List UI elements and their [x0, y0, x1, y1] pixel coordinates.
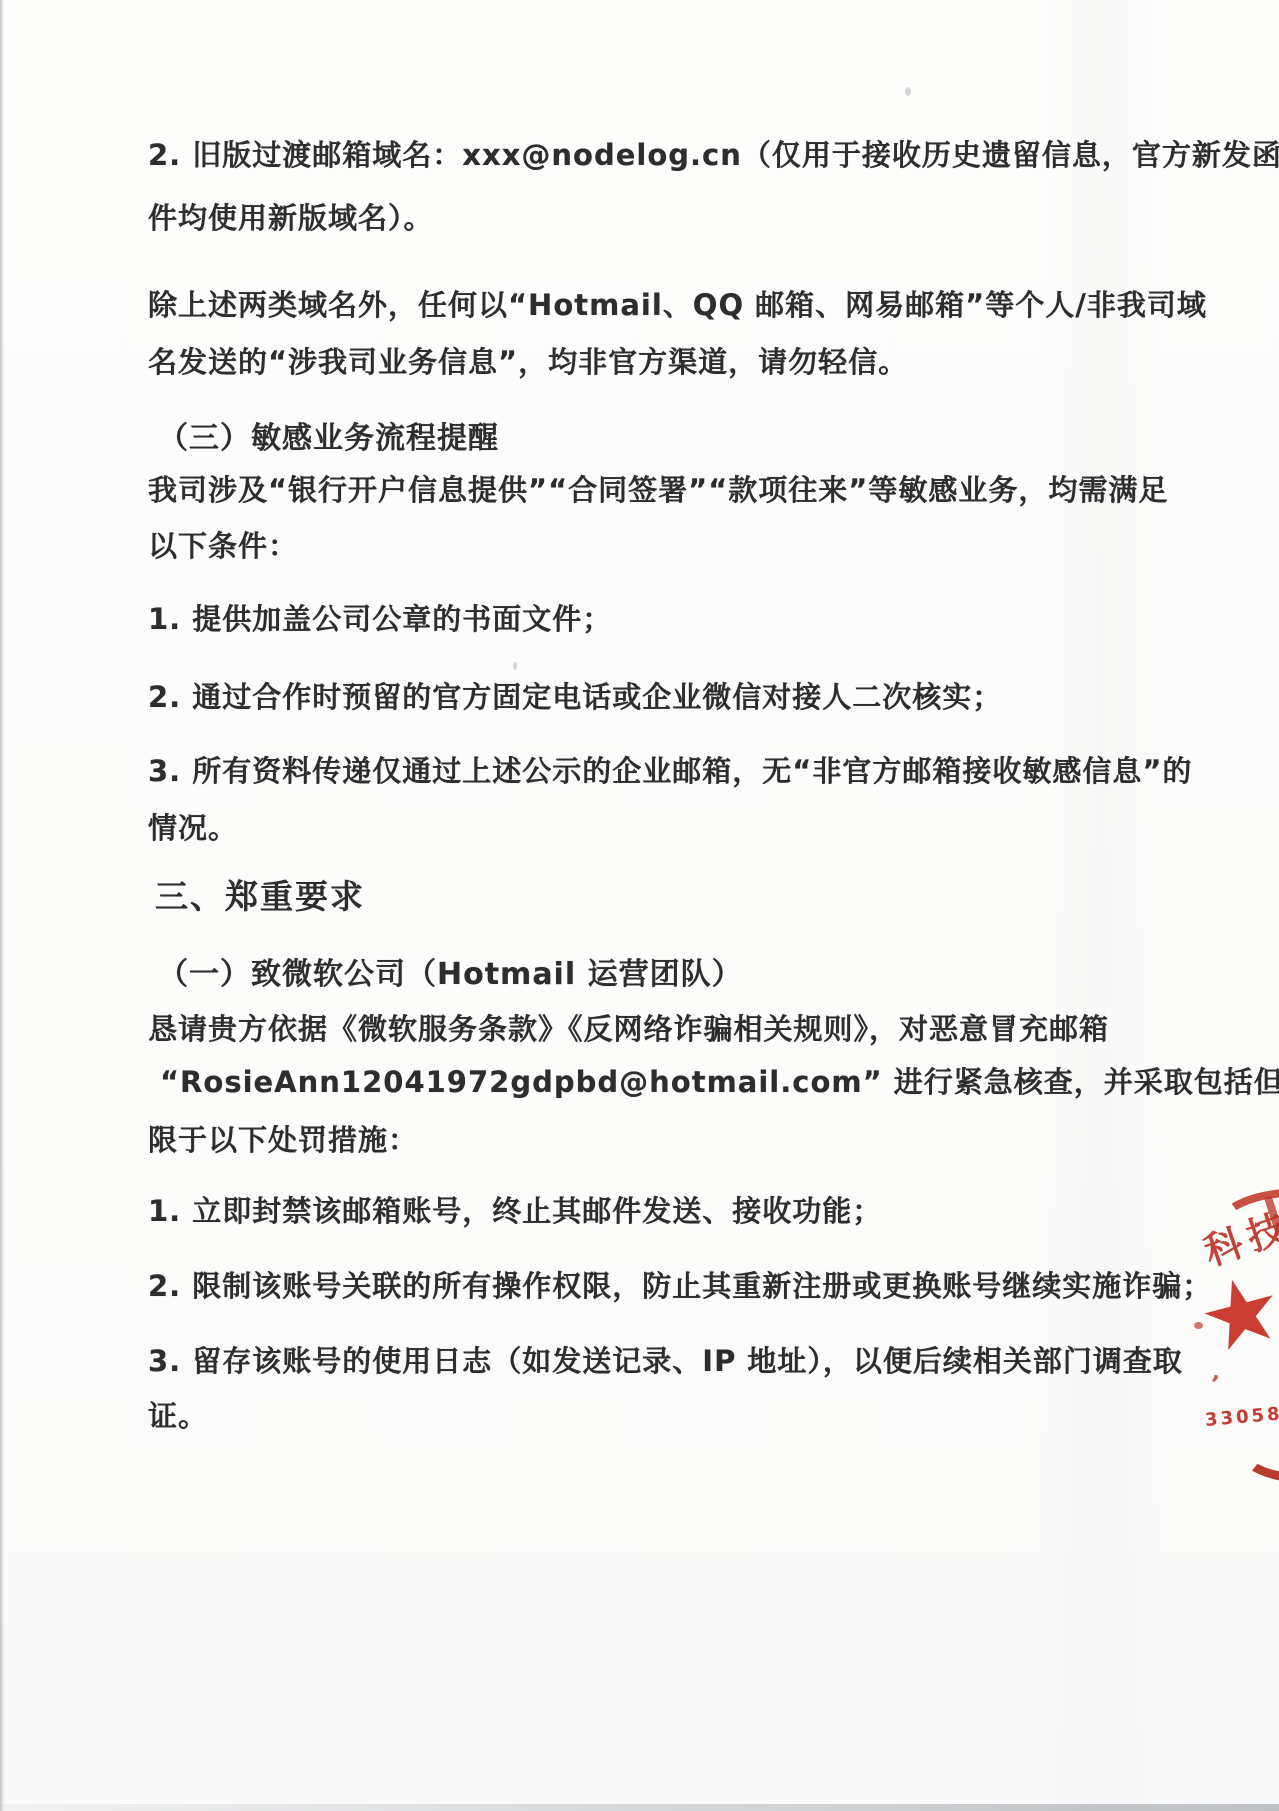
doc-list-item: 3. 留存该账号的使用日志（如发送记录、IP 地址），以便后续相关部门调查取 [148, 1339, 1183, 1380]
doc-line: 2. 旧版过渡邮箱域名：xxx@nodelog.cn（仅用于接收历史遗留信息，官… [148, 133, 1279, 174]
doc-line-email: “RosieAnn12041972gdpbd@hotmail.com” 进行紧急… [160, 1060, 1279, 1101]
scan-noise [905, 87, 911, 96]
doc-list-item: 2. 限制该账号关联的所有操作权限，防止其重新注册或更换账号继续实施诈骗； [148, 1264, 1212, 1305]
doc-line: 限于以下处罚措施： [148, 1118, 418, 1159]
scan-band [1040, 0, 1160, 1811]
stamp-tick-mark: ’ [1207, 1371, 1220, 1397]
section-heading: （三）敏感业务流程提醒 [158, 413, 499, 457]
doc-list-item: 1. 提供加盖公司公章的书面文件； [148, 597, 612, 638]
stamp-arc-bottom [1222, 1368, 1279, 1493]
doc-line: 件均使用新版域名）。 [148, 196, 434, 237]
doc-line: 证。 [148, 1394, 208, 1435]
doc-line: 以下条件： [148, 524, 298, 565]
scanned-document-page: 2. 旧版过渡邮箱域名：xxx@nodelog.cn（仅用于接收历史遗留信息，官… [0, 0, 1279, 1811]
doc-line: 除上述两类域名外，任何以“Hotmail、QQ 邮箱、网易邮箱”等个人/非我司域 [148, 283, 1207, 324]
doc-line: 情况。 [148, 806, 238, 847]
doc-list-item: 1. 立即封禁该邮箱账号，终止其邮件发送、接收功能； [148, 1189, 882, 1230]
doc-list-item: 2. 通过合作时预留的官方固定电话或企业微信对接人二次核实； [148, 675, 1002, 716]
scan-noise [513, 662, 517, 670]
scan-edge-left [0, 0, 5, 1811]
stamp-ink-speck [1194, 1322, 1203, 1329]
stamp-star-icon: ★ [1189, 1259, 1279, 1369]
chapter-heading: 三、郑重要求 [155, 871, 365, 918]
doc-list-item: 3. 所有资料传递仅通过上述公示的企业邮箱，无“非官方邮箱接收敏感信息”的 [148, 749, 1192, 790]
doc-line: 恳请贵方依据《微软服务条款》《反网络诈骗相关规则》，对恶意冒充邮箱 [148, 1007, 1109, 1048]
doc-line: 我司涉及“银行开户信息提供”“合同签署”“款项往来”等敏感业务，均需满足 [148, 468, 1168, 509]
section-heading: （一）致微软公司（Hotmail 运营团队） [158, 949, 743, 993]
doc-line: 名发送的“涉我司业务信息”，均非官方渠道，请勿轻信。 [148, 340, 908, 381]
